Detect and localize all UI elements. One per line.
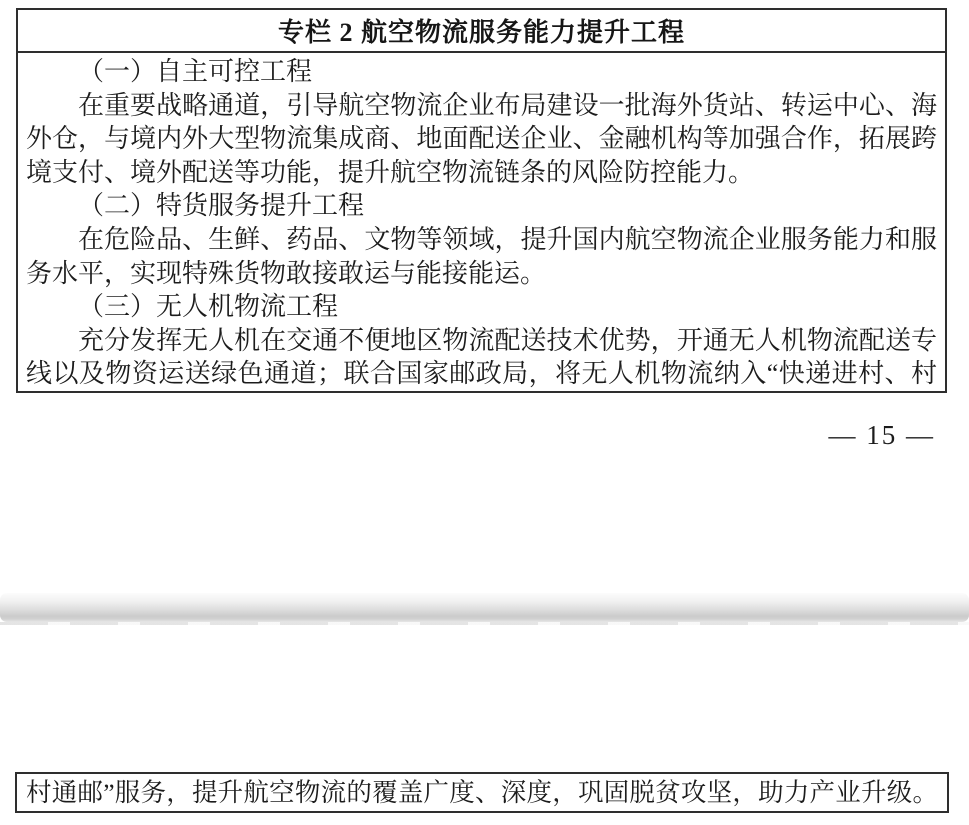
page-break-divider xyxy=(0,593,969,622)
document-page: 专栏 2 航空物流服务能力提升工程 （一）自主可控工程 在重要战略通道，引导航空… xyxy=(0,0,969,825)
panel-line: （一）自主可控工程 xyxy=(26,55,937,89)
special-column-panel: 专栏 2 航空物流服务能力提升工程 （一）自主可控工程 在重要战略通道，引导航空… xyxy=(16,8,947,393)
panel-line: 充分发挥无人机在交通不便地区物流配送技术优势，开通无人机物流配送专 xyxy=(26,324,937,358)
continuation-line: 村通邮”服务，提升航空物流的覆盖广度、深度，巩固脱贫攻坚，助力产业升级。 xyxy=(26,776,938,810)
continuation-panel: 村通邮”服务，提升航空物流的覆盖广度、深度，巩固脱贫攻坚，助力产业升级。 xyxy=(15,772,949,813)
panel-body: （一）自主可控工程 在重要战略通道，引导航空物流企业布局建设一批海外货站、转运中… xyxy=(18,53,945,391)
panel-line: （二）特货服务提升工程 xyxy=(26,189,937,223)
page-number: — 15 — xyxy=(829,420,936,451)
panel-title: 专栏 2 航空物流服务能力提升工程 xyxy=(18,10,945,53)
panel-line: 境支付、境外配送等功能，提升航空物流链条的风险防控能力。 xyxy=(26,156,937,190)
panel-line: 在重要战略通道，引导航空物流企业布局建设一批海外货站、转运中心、海 xyxy=(26,89,937,123)
panel-line: 在危险品、生鲜、药品、文物等领域，提升国内航空物流企业服务能力和服 xyxy=(26,223,937,257)
panel-line: 外仓，与境内外大型物流集成商、地面配送企业、金融机构等加强合作，拓展跨 xyxy=(26,122,937,156)
panel-line: 务水平，实现特殊货物敢接敢运与能接能运。 xyxy=(26,257,937,291)
panel-line: 线以及物资运送绿色通道；联合国家邮政局，将无人机物流纳入“快递进村、村 xyxy=(26,357,937,391)
page-break-dashed-edge xyxy=(0,622,969,625)
panel-line: （三）无人机物流工程 xyxy=(26,290,937,324)
